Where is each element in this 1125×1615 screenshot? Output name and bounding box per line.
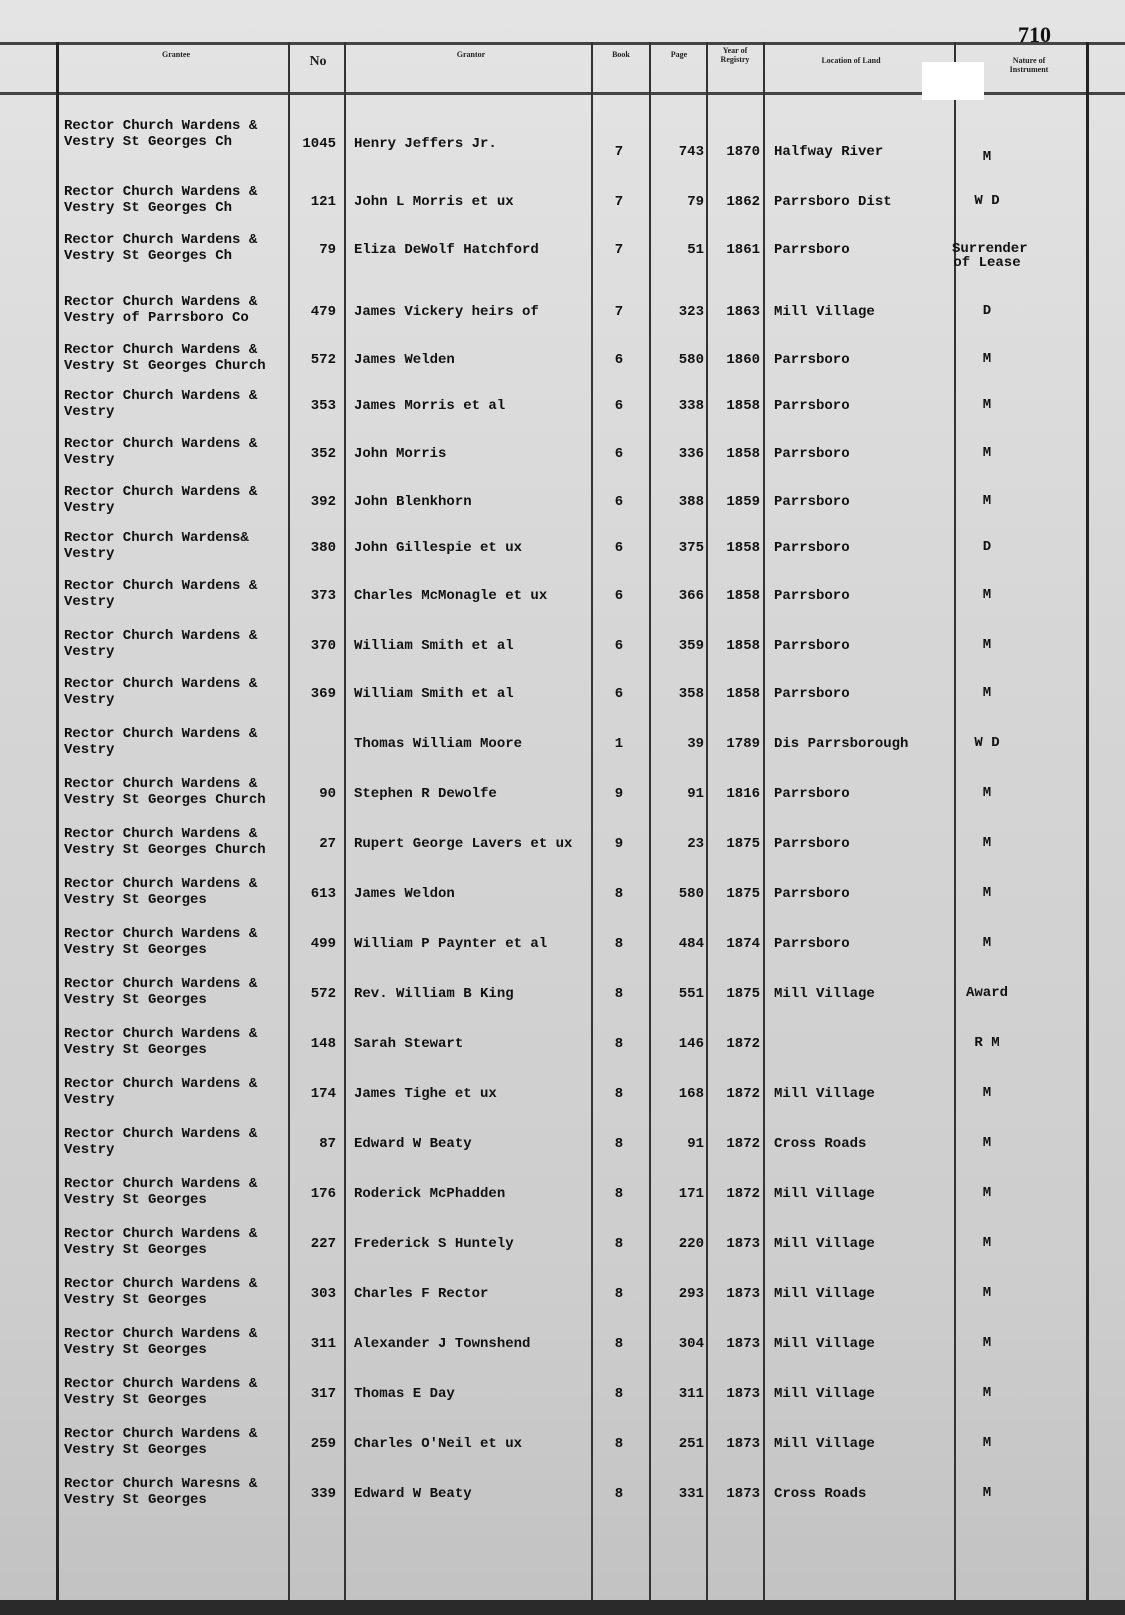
page-cell: 375 [652, 540, 704, 556]
book-cell: 6 [604, 446, 634, 462]
redaction-patch [922, 62, 984, 100]
grantee-line-1: Rector Church Wardens & [64, 826, 304, 842]
year-cell: 1870 [710, 144, 760, 160]
header-grantor: Grantor [396, 50, 546, 59]
location-cell: Cross Roads [774, 1486, 954, 1502]
nature-cell: M [952, 494, 1022, 508]
grantor-cell: Edward W Beaty [354, 1136, 604, 1152]
book-cell: 8 [604, 1436, 634, 1452]
grantee-line-2: Vestry [64, 404, 304, 420]
location-cell: Mill Village [774, 304, 954, 320]
instrument-number: 27 [292, 836, 336, 852]
nature-cell: W D [952, 736, 1022, 750]
column-rule [649, 42, 651, 1600]
grantee-line-2: Vestry St Georges [64, 942, 304, 958]
location-cell: Parrsboro Dist [774, 194, 954, 210]
year-cell: 1873 [710, 1486, 760, 1502]
grantee-line-2: Vestry [64, 500, 304, 516]
grantee-cell: Rector Church Wardens &Vestry St Georges [64, 976, 304, 1008]
grantee-line-1: Rector Church Wardens & [64, 926, 304, 942]
page-cell: 331 [652, 1486, 704, 1502]
grantor-cell: James Welden [354, 352, 604, 368]
instrument-number: 148 [292, 1036, 336, 1052]
instrument-number: 373 [292, 588, 336, 604]
grantee-line-2: Vestry St Georges [64, 1042, 304, 1058]
location-cell: Cross Roads [774, 1136, 954, 1152]
column-rule [706, 42, 708, 1600]
location-cell: Mill Village [774, 1386, 954, 1402]
page-cell: 359 [652, 638, 704, 654]
instrument-number: 311 [292, 1336, 336, 1352]
grantee-cell: Rector Church Wardens &Vestry St Georges… [64, 232, 304, 264]
grantee-cell: Rector Church Wardens &Vestry St Georges [64, 1426, 304, 1458]
location-cell: Mill Village [774, 1236, 954, 1252]
nature-cell: M [952, 150, 1022, 164]
nature-cell: M [952, 1386, 1022, 1400]
book-cell: 7 [604, 242, 634, 258]
nature-cell: Award [952, 986, 1022, 1000]
year-cell: 1858 [710, 588, 760, 604]
year-cell: 1873 [710, 1386, 760, 1402]
instrument-number: 352 [292, 446, 336, 462]
grantor-cell: Frederick S Huntely [354, 1236, 604, 1252]
grantee-cell: Rector Church Wardens &Vestry St Georges… [64, 826, 304, 858]
book-cell: 6 [604, 638, 634, 654]
grantee-line-2: Vestry St Georges [64, 1242, 304, 1258]
grantee-cell: Rector Church Wardens &Vestry [64, 1076, 304, 1108]
grantee-line-2: Vestry St Georges [64, 1392, 304, 1408]
page-cell: 366 [652, 588, 704, 604]
header-book: Book [596, 50, 646, 59]
nature-cell: M [952, 638, 1022, 652]
year-cell: 1873 [710, 1436, 760, 1452]
header-page: Page [654, 50, 704, 59]
grantee-cell: Rector Church Waresns &Vestry St Georges [64, 1476, 304, 1508]
location-cell: Parrsboro [774, 494, 954, 510]
header-no: No [296, 54, 340, 70]
grantee-cell: Rector Church Wardens &Vestry of Parrsbo… [64, 294, 304, 326]
grantee-cell: Rector Church Wardens &Vestry [64, 388, 304, 420]
grantee-line-1: Rector Church Wardens & [64, 578, 304, 594]
book-cell: 6 [604, 588, 634, 604]
book-cell: 8 [604, 1236, 634, 1252]
page-cell: 311 [652, 1386, 704, 1402]
grantee-cell: Rector Church Wardens &Vestry St Georges [64, 1376, 304, 1408]
grantee-line-1: Rector Church Wardens& [64, 530, 304, 546]
location-cell: Parrsboro [774, 242, 954, 258]
instrument-number: 572 [292, 352, 336, 368]
year-cell: 1872 [710, 1086, 760, 1102]
nature-cell: M [952, 1136, 1022, 1150]
location-cell: Mill Village [774, 1336, 954, 1352]
page-cell: 146 [652, 1036, 704, 1052]
nature-cell: M [952, 1486, 1022, 1500]
book-cell: 8 [604, 1086, 634, 1102]
year-cell: 1860 [710, 352, 760, 368]
page-cell: 580 [652, 352, 704, 368]
year-cell: 1874 [710, 936, 760, 952]
instrument-number: 227 [292, 1236, 336, 1252]
deed-index-table: Grantee No Grantor Book Page Year of Reg… [56, 42, 1116, 1602]
grantee-cell: Rector Church Wardens &Vestry St Georges [64, 1276, 304, 1308]
grantee-line-2: Vestry [64, 546, 304, 562]
header-year: Year of Registry [708, 46, 762, 64]
year-cell: 1875 [710, 836, 760, 852]
grantee-line-1: Rector Church Wardens & [64, 1326, 304, 1342]
location-cell: Dis Parrsborough [774, 736, 954, 752]
book-cell: 8 [604, 1486, 634, 1502]
grantor-cell: Henry Jeffers Jr. [354, 136, 604, 152]
grantee-cell: Rector Church Wardens &Vestry St Georges… [64, 118, 304, 150]
grantee-line-1: Rector Church Wardens & [64, 1226, 304, 1242]
column-rule [591, 42, 593, 1600]
grantor-cell: James Weldon [354, 886, 604, 902]
grantee-cell: Rector Church Wardens &Vestry St Georges… [64, 184, 304, 216]
instrument-number: 87 [292, 1136, 336, 1152]
grantor-cell: Eliza DeWolf Hatchford [354, 242, 604, 258]
grantor-cell: William P Paynter et al [354, 936, 604, 952]
grantor-cell: John Gillespie et ux [354, 540, 604, 556]
location-cell: Mill Village [774, 1436, 954, 1452]
instrument-number: 392 [292, 494, 336, 510]
nature-cell: D [952, 540, 1022, 554]
grantee-line-2: Vestry [64, 692, 304, 708]
page-cell: 91 [652, 1136, 704, 1152]
grantee-line-1: Rector Church Wardens & [64, 484, 304, 500]
location-cell: Mill Village [774, 1186, 954, 1202]
page-cell: 323 [652, 304, 704, 320]
nature-cell: M [952, 686, 1022, 700]
grantee-line-1: Rector Church Wardens & [64, 118, 304, 134]
grantee-cell: Rector Church Wardens &Vestry [64, 676, 304, 708]
book-cell: 7 [604, 304, 634, 320]
column-rule [288, 42, 290, 1600]
page-cell: 251 [652, 1436, 704, 1452]
book-cell: 6 [604, 540, 634, 556]
grantee-cell: Rector Church Wardens &Vestry [64, 484, 304, 516]
page-cell: 358 [652, 686, 704, 702]
page-cell: 39 [652, 736, 704, 752]
grantee-line-2: Vestry of Parrsboro Co [64, 310, 304, 326]
grantee-line-2: Vestry St Georges [64, 1342, 304, 1358]
grantor-cell: Roderick McPhadden [354, 1186, 604, 1202]
book-cell: 9 [604, 836, 634, 852]
grantor-cell: John Blenkhorn [354, 494, 604, 510]
grantee-line-2: Vestry St Georges Church [64, 358, 304, 374]
book-cell: 8 [604, 936, 634, 952]
grantee-line-1: Rector Church Wardens & [64, 1076, 304, 1092]
page-cell: 484 [652, 936, 704, 952]
location-cell: Parrsboro [774, 786, 954, 802]
instrument-number: 1045 [292, 136, 336, 152]
location-cell: Mill Village [774, 986, 954, 1002]
grantee-line-2: Vestry St Georges Ch [64, 248, 304, 264]
grantor-cell: Alexander J Townshend [354, 1336, 604, 1352]
grantee-line-1: Rector Church Wardens & [64, 294, 304, 310]
grantee-line-2: Vestry [64, 594, 304, 610]
grantee-line-2: Vestry St Georges [64, 1292, 304, 1308]
grantee-line-2: Vestry St Georges [64, 1192, 304, 1208]
column-rule [1086, 42, 1089, 1600]
instrument-number: 353 [292, 398, 336, 414]
grantee-cell: Rector Church Wardens &Vestry [64, 628, 304, 660]
grantee-line-1: Rector Church Wardens & [64, 1276, 304, 1292]
year-cell: 1789 [710, 736, 760, 752]
instrument-number: 317 [292, 1386, 336, 1402]
page-cell: 743 [652, 144, 704, 160]
grantee-line-2: Vestry St Georges [64, 992, 304, 1008]
grantor-cell: William Smith et al [354, 686, 604, 702]
header-location: Location of Land [816, 56, 886, 65]
page-cell: 551 [652, 986, 704, 1002]
page-edge [0, 1600, 1125, 1615]
year-cell: 1863 [710, 304, 760, 320]
grantee-cell: Rector Church Wardens &Vestry St Georges [64, 1326, 304, 1358]
year-cell: 1872 [710, 1136, 760, 1152]
page-cell: 336 [652, 446, 704, 462]
location-cell: Parrsboro [774, 540, 954, 556]
instrument-number: 303 [292, 1286, 336, 1302]
grantor-cell: Rupert George Lavers et ux [354, 836, 604, 852]
year-cell: 1858 [710, 398, 760, 414]
grantee-line-1: Rector Church Wardens & [64, 1176, 304, 1192]
nature-cell: M [952, 1286, 1022, 1300]
grantee-line-2: Vestry [64, 644, 304, 660]
page-cell: 91 [652, 786, 704, 802]
grantee-line-2: Vestry St Georges Ch [64, 200, 304, 216]
grantee-cell: Rector Church Wardens&Vestry [64, 530, 304, 562]
year-cell: 1816 [710, 786, 760, 802]
grantee-cell: Rector Church Wardens &Vestry St Georges… [64, 342, 304, 374]
grantee-cell: Rector Church Wardens &Vestry St Georges [64, 1026, 304, 1058]
grantee-line-1: Rector Church Wardens & [64, 726, 304, 742]
nature-cell: M [952, 1336, 1022, 1350]
grantee-cell: Rector Church Wardens &Vestry St Georges [64, 1226, 304, 1258]
instrument-number: 479 [292, 304, 336, 320]
instrument-number: 79 [292, 242, 336, 258]
grantee-line-1: Rector Church Wardens & [64, 388, 304, 404]
book-cell: 6 [604, 352, 634, 368]
grantor-cell: Charles McMonagle et ux [354, 588, 604, 604]
book-cell: 8 [604, 1136, 634, 1152]
location-cell: Parrsboro [774, 588, 954, 604]
grantee-line-1: Rector Church Wardens & [64, 876, 304, 892]
grantor-cell: James Tighe et ux [354, 1086, 604, 1102]
page-cell: 338 [652, 398, 704, 414]
grantor-cell: John L Morris et ux [354, 194, 604, 210]
grantor-cell: William Smith et al [354, 638, 604, 654]
instrument-number: 259 [292, 1436, 336, 1452]
grantee-cell: Rector Church Wardens &Vestry St Georges [64, 926, 304, 958]
year-cell: 1861 [710, 242, 760, 258]
grantee-line-2: Vestry St Georges [64, 1442, 304, 1458]
page-cell: 293 [652, 1286, 704, 1302]
grantor-cell: Charles F Rector [354, 1286, 604, 1302]
instrument-number: 339 [292, 1486, 336, 1502]
grantor-cell: Stephen R Dewolfe [354, 786, 604, 802]
location-cell: Parrsboro [774, 446, 954, 462]
nature-cell: M [952, 446, 1022, 460]
grantee-line-1: Rector Church Wardens & [64, 1126, 304, 1142]
nature-cell: W D [952, 194, 1022, 208]
grantor-cell: James Morris et al [354, 398, 604, 414]
grantor-cell: Edward W Beaty [354, 1486, 604, 1502]
nature-cell: M [952, 1436, 1022, 1450]
nature-cell: R M [952, 1036, 1022, 1050]
book-cell: 7 [604, 144, 634, 160]
column-rule [56, 42, 59, 1600]
page-cell: 168 [652, 1086, 704, 1102]
year-cell: 1858 [710, 686, 760, 702]
header-grantee: Grantee [116, 50, 236, 59]
location-cell: Mill Village [774, 1286, 954, 1302]
grantee-line-1: Rector Church Waresns & [64, 1476, 304, 1492]
grantee-line-2: Vestry [64, 1142, 304, 1158]
grantee-cell: Rector Church Wardens &Vestry [64, 436, 304, 468]
grantee-line-1: Rector Church Wardens & [64, 184, 304, 200]
year-cell: 1859 [710, 494, 760, 510]
year-cell: 1858 [710, 638, 760, 654]
year-cell: 1875 [710, 886, 760, 902]
grantee-cell: Rector Church Wardens &Vestry St Georges [64, 1176, 304, 1208]
instrument-number: 380 [292, 540, 336, 556]
grantee-line-1: Rector Church Wardens & [64, 232, 304, 248]
instrument-number: 90 [292, 786, 336, 802]
column-rule [954, 42, 956, 1600]
instrument-number: 370 [292, 638, 336, 654]
year-cell: 1862 [710, 194, 760, 210]
nature-cell: M [952, 352, 1022, 366]
grantor-cell: James Vickery heirs of [354, 304, 604, 320]
location-cell: Parrsboro [774, 398, 954, 414]
book-cell: 8 [604, 1286, 634, 1302]
nature-cell: Surrender of Lease [952, 242, 1022, 270]
nature-cell: M [952, 886, 1022, 900]
grantee-line-1: Rector Church Wardens & [64, 436, 304, 452]
grantee-line-2: Vestry [64, 452, 304, 468]
grantee-cell: Rector Church Wardens &Vestry [64, 726, 304, 758]
column-rule [763, 42, 765, 1600]
nature-cell: M [952, 588, 1022, 602]
nature-cell: M [952, 1086, 1022, 1100]
year-cell: 1875 [710, 986, 760, 1002]
grantee-line-1: Rector Church Wardens & [64, 1026, 304, 1042]
grantee-cell: Rector Church Wardens &Vestry [64, 1126, 304, 1158]
year-cell: 1872 [710, 1036, 760, 1052]
page-cell: 388 [652, 494, 704, 510]
header-top-rule [0, 42, 1125, 45]
grantor-cell: Thomas E Day [354, 1386, 604, 1402]
page-cell: 23 [652, 836, 704, 852]
book-cell: 9 [604, 786, 634, 802]
grantee-line-2: Vestry [64, 1092, 304, 1108]
grantor-cell: Thomas William Moore [354, 736, 604, 752]
header-nature: Nature of Instrument [994, 56, 1064, 74]
grantor-cell: Charles O'Neil et ux [354, 1436, 604, 1452]
location-cell: Parrsboro [774, 836, 954, 852]
nature-cell: M [952, 936, 1022, 950]
column-rule [344, 42, 346, 1600]
page-cell: 580 [652, 886, 704, 902]
book-cell: 8 [604, 1036, 634, 1052]
book-cell: 8 [604, 986, 634, 1002]
page-cell: 304 [652, 1336, 704, 1352]
grantee-line-2: Vestry St Georges [64, 892, 304, 908]
grantee-line-1: Rector Church Wardens & [64, 342, 304, 358]
grantee-line-1: Rector Church Wardens & [64, 628, 304, 644]
nature-cell: M [952, 786, 1022, 800]
nature-cell: M [952, 398, 1022, 412]
page-cell: 171 [652, 1186, 704, 1202]
page-cell: 220 [652, 1236, 704, 1252]
grantee-line-1: Rector Church Wardens & [64, 1426, 304, 1442]
instrument-number: 613 [292, 886, 336, 902]
grantee-line-2: Vestry St Georges Church [64, 842, 304, 858]
year-cell: 1858 [710, 540, 760, 556]
grantor-cell: Sarah Stewart [354, 1036, 604, 1052]
book-cell: 6 [604, 398, 634, 414]
instrument-number: 121 [292, 194, 336, 210]
instrument-number: 174 [292, 1086, 336, 1102]
grantee-line-2: Vestry St Georges [64, 1492, 304, 1508]
instrument-number: 572 [292, 986, 336, 1002]
page-cell: 51 [652, 242, 704, 258]
instrument-number: 499 [292, 936, 336, 952]
book-cell: 1 [604, 736, 634, 752]
grantee-line-1: Rector Church Wardens & [64, 776, 304, 792]
grantee-cell: Rector Church Wardens &Vestry St Georges… [64, 776, 304, 808]
grantor-cell: John Morris [354, 446, 604, 462]
grantee-line-2: Vestry St Georges Church [64, 792, 304, 808]
nature-cell: M [952, 1236, 1022, 1250]
location-cell: Halfway River [774, 144, 954, 160]
grantee-line-1: Rector Church Wardens & [64, 976, 304, 992]
grantee-line-1: Rector Church Wardens & [64, 676, 304, 692]
location-cell: Parrsboro [774, 886, 954, 902]
book-cell: 7 [604, 194, 634, 210]
nature-cell: D [952, 304, 1022, 318]
location-cell: Mill Village [774, 1086, 954, 1102]
year-cell: 1873 [710, 1236, 760, 1252]
grantor-cell: Rev. William B King [354, 986, 604, 1002]
year-cell: 1873 [710, 1336, 760, 1352]
book-cell: 6 [604, 494, 634, 510]
book-cell: 8 [604, 886, 634, 902]
location-cell: Parrsboro [774, 936, 954, 952]
page-cell: 79 [652, 194, 704, 210]
year-cell: 1872 [710, 1186, 760, 1202]
year-cell: 1858 [710, 446, 760, 462]
year-cell: 1873 [710, 1286, 760, 1302]
book-cell: 8 [604, 1386, 634, 1402]
grantee-cell: Rector Church Wardens &Vestry [64, 578, 304, 610]
nature-cell: M [952, 1186, 1022, 1200]
grantee-cell: Rector Church Wardens &Vestry St Georges [64, 876, 304, 908]
location-cell: Parrsboro [774, 686, 954, 702]
book-cell: 6 [604, 686, 634, 702]
grantee-line-1: Rector Church Wardens & [64, 1376, 304, 1392]
book-cell: 8 [604, 1336, 634, 1352]
location-cell: Parrsboro [774, 352, 954, 368]
location-cell: Parrsboro [774, 638, 954, 654]
instrument-number: 369 [292, 686, 336, 702]
grantee-line-2: Vestry [64, 742, 304, 758]
instrument-number: 176 [292, 1186, 336, 1202]
nature-cell: M [952, 836, 1022, 850]
grantee-line-2: Vestry St Georges Ch [64, 134, 304, 150]
book-cell: 8 [604, 1186, 634, 1202]
ledger-page: 710 Grantee No Grantor Book Page Year of… [0, 0, 1125, 1615]
